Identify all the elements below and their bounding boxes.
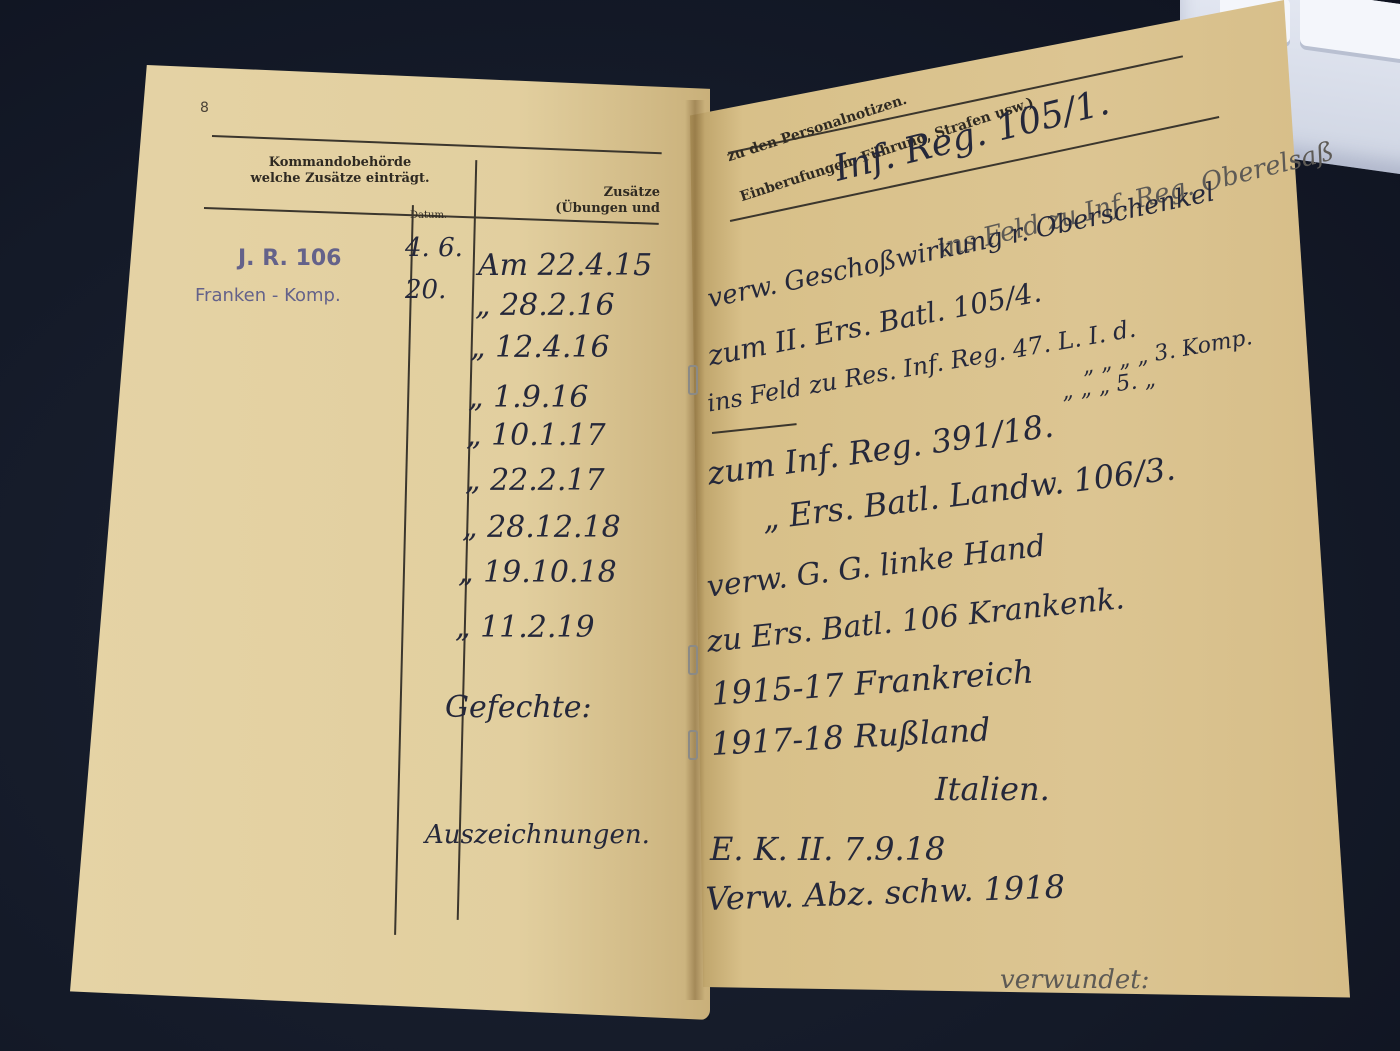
date-entry: „ 19.10.18 (458, 555, 617, 590)
header-zusaetze: Zusätze (Übungen und (520, 185, 660, 217)
date-entry: „ 1.9.16 (468, 380, 589, 415)
date-entry: „ 28.2.16 (475, 288, 615, 323)
stamp-line1: J. R. 106 (238, 246, 342, 271)
header-col2-line2: (Übungen und (520, 201, 660, 217)
binding-staple (688, 365, 698, 395)
header-datum: Datum. (410, 208, 447, 224)
label-gefechte: Gefechte: (445, 690, 592, 725)
date-entry: „ 22.2.17 (465, 463, 605, 498)
date-entry: Am 22.4.15 (478, 248, 652, 283)
date-entry: „ 28.12.18 (462, 510, 621, 545)
note-entry: Italien. (935, 770, 1050, 808)
datum-entry: 20. (405, 275, 446, 305)
label-auszeichnungen: Auszeichnungen. (425, 820, 650, 850)
header-col2-line1: Zusätze (520, 185, 660, 201)
binding-staple (688, 730, 698, 760)
datum-entry: 4. 6. (405, 233, 463, 263)
header-col1-line2: welche Zusätze einträgt. (225, 171, 455, 187)
note-entry: verwundet: (1000, 965, 1150, 995)
date-entry: „ 10.1.17 (466, 418, 606, 453)
note-entry: E. K. II. 7.9.18 (710, 830, 945, 868)
stamp-line2: Franken - Komp. (195, 285, 341, 306)
page-number: 8 (200, 100, 209, 116)
header-col1-line1: Kommandobehörde (225, 155, 455, 171)
header-kommandobehoerde: Kommandobehörde welche Zusätze einträgt. (225, 155, 455, 187)
binding-staple (688, 645, 698, 675)
date-entry: „ 12.4.16 (470, 330, 610, 365)
date-entry: „ 11.2.19 (455, 610, 595, 645)
book-gutter (685, 100, 705, 1000)
